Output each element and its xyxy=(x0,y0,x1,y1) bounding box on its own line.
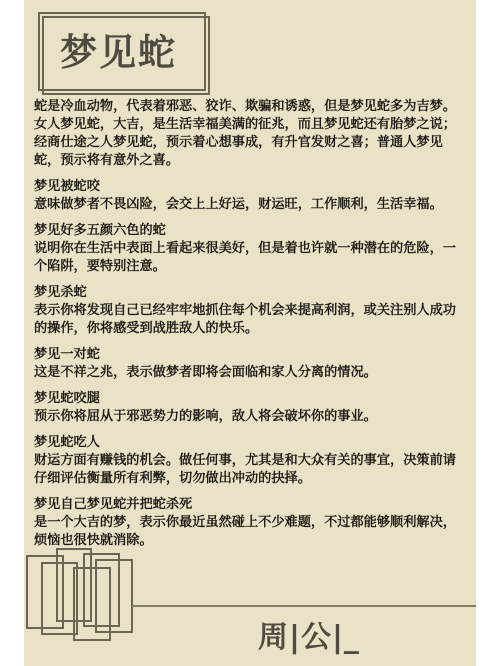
section-body: 意味做梦者不畏凶险，会交上上好运，财运旺，工作顺利，生活幸福。 xyxy=(34,196,466,214)
section-bite-leg: 梦见蛇咬腿 预示你将屈从于邪恶势力的影响，敌人将会破坏你的事业。 xyxy=(34,390,466,426)
section-heading: 梦见一对蛇 xyxy=(34,346,466,364)
section-heading: 梦见杀蛇 xyxy=(34,284,466,302)
page-title: 梦见蛇 xyxy=(60,30,190,76)
section-body: 是一个大吉的梦，表示你最近虽然碰上不少难题，不过都能够顺利解决，烦恼也很快就消除… xyxy=(34,514,466,550)
section-kill-snake: 梦见杀蛇 表示你将发现自己已经牢牢地抓住每个机会来提高利润，或关注别人成功的操作… xyxy=(34,284,466,338)
section-heading: 梦见自己梦见蛇并把蛇杀死 xyxy=(34,496,466,514)
article-body: 蛇是冷血动物，代表着邪恶、狡诈、欺骗和诱惑，但是梦见蛇多为吉梦。女人梦见蛇，大吉… xyxy=(34,98,466,558)
footer-brand-logo: 周|公|_ xyxy=(258,612,360,656)
decorative-rectangle xyxy=(95,559,133,633)
article-card: 梦见蛇 蛇是冷血动物，代表着邪恶、狡诈、欺骗和诱惑，但是梦见蛇多为吉梦。女人梦见… xyxy=(24,0,476,666)
section-body: 说明你在生活中表面上看起来很美好，但是着也许就一种潜在的危险，一个陷阱，要特别注… xyxy=(34,240,466,276)
intro-paragraph: 蛇是冷血动物，代表着邪恶、狡诈、欺骗和诱惑，但是梦见蛇多为吉梦。女人梦见蛇，大吉… xyxy=(34,98,466,170)
section-dream-kill-snake: 梦见自己梦见蛇并把蛇杀死 是一个大吉的梦，表示你最近虽然碰上不少难题，不过都能够… xyxy=(34,496,466,550)
section-heading: 梦见好多五颜六色的蛇 xyxy=(34,222,466,240)
section-pair-snakes: 梦见一对蛇 这是不祥之兆，表示做梦者即将会面临和家人分离的情况。 xyxy=(34,346,466,382)
section-body: 表示你将发现自己已经牢牢地抓住每个机会来提高利润，或关注别人成功的操作，你将感受… xyxy=(34,302,466,338)
section-heading: 梦见蛇咬腿 xyxy=(34,390,466,408)
section-body: 预示你将屈从于邪恶势力的影响，敌人将会破坏你的事业。 xyxy=(34,408,466,426)
section-body: 财运方面有赚钱的机会。做任何事，尤其是和大众有关的事宜，决策前请仔细评估衡量所有… xyxy=(34,452,466,488)
section-heading: 梦见被蛇咬 xyxy=(34,178,466,196)
section-body: 这是不祥之兆，表示做梦者即将会面临和家人分离的情况。 xyxy=(34,364,466,382)
footer-divider xyxy=(132,605,476,607)
section-colorful-snakes: 梦见好多五颜六色的蛇 说明你在生活中表面上看起来很美好，但是着也许就一种潜在的危… xyxy=(34,222,466,276)
section-heading: 梦见蛇吃人 xyxy=(34,434,466,452)
section-snake-eats-person: 梦见蛇吃人 财运方面有赚钱的机会。做任何事，尤其是和大众有关的事宜，决策前请仔细… xyxy=(34,434,466,488)
section-bitten: 梦见被蛇咬 意味做梦者不畏凶险，会交上上好运，财运旺，工作顺利，生活幸福。 xyxy=(34,178,466,214)
